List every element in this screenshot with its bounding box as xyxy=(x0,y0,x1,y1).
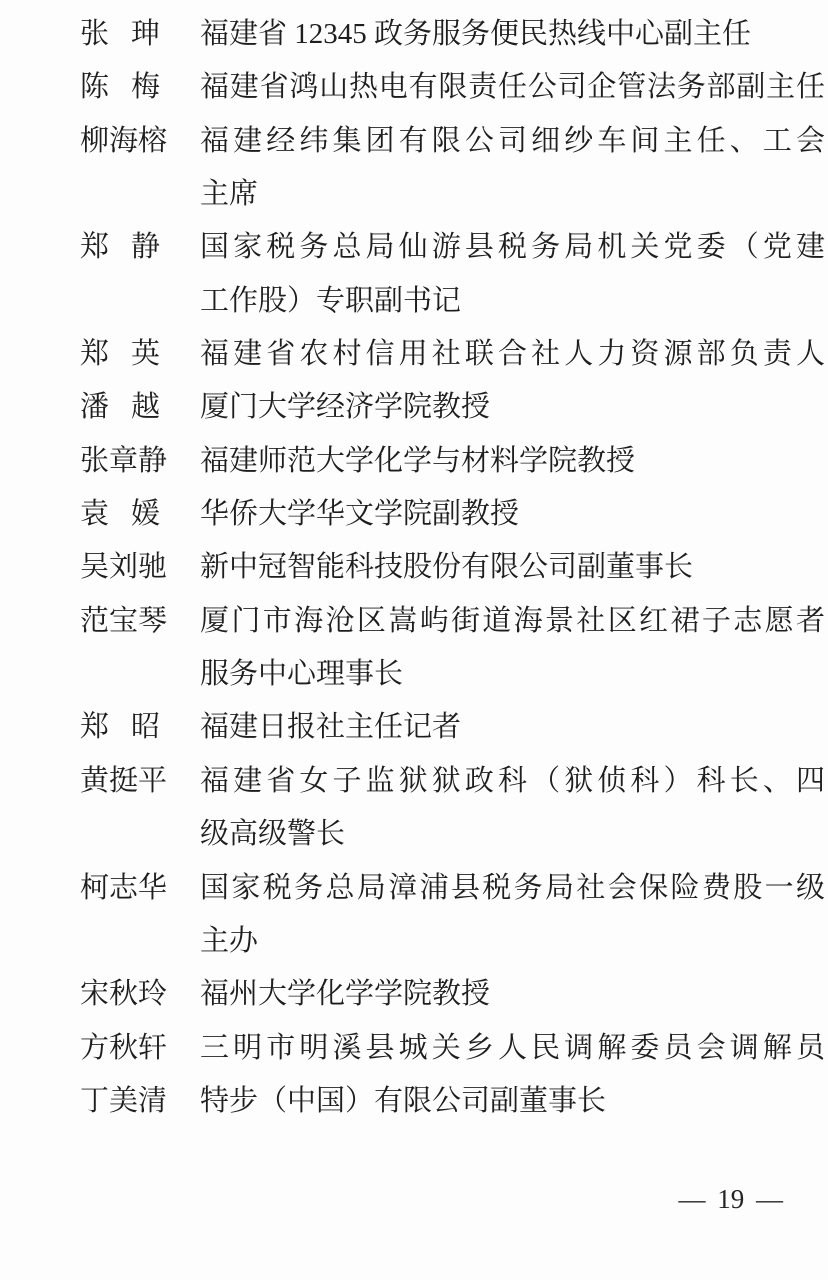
list-item: 郑静 国家税务总局仙游县税务局机关党委（党建工作股）专职副书记 xyxy=(80,221,825,328)
name-char: 陈 xyxy=(80,61,109,114)
entry-title: 国家税务总局仙游县税务局机关党委（党建工作股）专职副书记 xyxy=(200,221,825,328)
list-item: 陈梅 福建省鸿山热电有限责任公司企管法务部副主任 xyxy=(80,61,825,114)
entry-title-line: 厦门大学经济学院教授 xyxy=(200,381,825,434)
entry-name: 丁美清 xyxy=(80,1075,160,1128)
entry-title-line: 服务中心理事长 xyxy=(200,648,825,701)
name-char: 郑 xyxy=(80,701,109,754)
entry-title-line: 厦门市海沧区嵩屿街道海景社区红裙子志愿者 xyxy=(200,595,825,648)
name-char: 袁 xyxy=(80,488,109,541)
list-item: 柳海榕 福建经纬集团有限公司细纱车间主任、工会主席 xyxy=(80,115,825,222)
list-item: 黄挺平 福建省女子监狱狱政科（狱侦科）科长、四级高级警长 xyxy=(80,755,825,862)
entry-title-line: 福建省女子监狱狱政科（狱侦科）科长、四 xyxy=(200,755,825,808)
name-char: 宝 xyxy=(109,595,138,648)
entry-title-line: 三明市明溪县城关乡人民调解委员会调解员 xyxy=(200,1022,825,1075)
entry-title-line: 工作股）专职副书记 xyxy=(200,275,825,328)
entry-name: 柯志华 xyxy=(80,862,160,915)
name-char: 方 xyxy=(80,1022,109,1075)
name-char: 吴 xyxy=(80,541,109,594)
list-item: 柯志华 国家税务总局漳浦县税务局社会保险费股一级主办 xyxy=(80,862,825,969)
list-item: 张珅 福建省 12345 政务服务便民热线中心副主任 xyxy=(80,8,825,61)
entry-title: 福建省 12345 政务服务便民热线中心副主任 xyxy=(200,8,825,61)
name-char: 柳 xyxy=(80,115,109,168)
entry-name: 郑静 xyxy=(80,221,160,274)
list-item: 张章静 福建师范大学化学与材料学院教授 xyxy=(80,435,825,488)
name-char: 驰 xyxy=(138,541,167,594)
name-char: 琴 xyxy=(138,595,167,648)
entry-name: 郑昭 xyxy=(80,701,160,754)
name-char: 郑 xyxy=(80,221,109,274)
name-char: 潘 xyxy=(80,381,109,434)
entry-name: 宋秋玲 xyxy=(80,968,160,1021)
name-char: 丁 xyxy=(80,1075,109,1128)
entry-name: 陈梅 xyxy=(80,61,160,114)
entry-title-line: 新中冠智能科技股份有限公司副董事长 xyxy=(200,541,825,594)
name-char: 轩 xyxy=(138,1022,167,1075)
name-char: 柯 xyxy=(80,862,109,915)
entry-title: 国家税务总局漳浦县税务局社会保险费股一级主办 xyxy=(200,862,825,969)
name-char: 刘 xyxy=(109,541,138,594)
entry-title-line: 国家税务总局漳浦县税务局社会保险费股一级 xyxy=(200,862,825,915)
name-char: 榕 xyxy=(138,115,167,168)
list-item: 宋秋玲 福州大学化学学院教授 xyxy=(80,968,825,1021)
name-char: 挺 xyxy=(109,755,138,808)
entry-title-line: 特步（中国）有限公司副董事长 xyxy=(200,1075,825,1128)
list-item: 潘越 厦门大学经济学院教授 xyxy=(80,381,825,434)
entry-title: 三明市明溪县城关乡人民调解委员会调解员 xyxy=(200,1022,825,1075)
name-char: 海 xyxy=(109,115,138,168)
entry-title-line: 福建经纬集团有限公司细纱车间主任、工会 xyxy=(200,115,825,168)
page-number: — 19 — xyxy=(679,1186,784,1213)
entry-title: 福建省农村信用社联合社人力资源部负责人 xyxy=(200,328,825,381)
name-char: 越 xyxy=(131,381,160,434)
entry-name: 袁媛 xyxy=(80,488,160,541)
entry-title: 福建省女子监狱狱政科（狱侦科）科长、四级高级警长 xyxy=(200,755,825,862)
document-page: 张珅 福建省 12345 政务服务便民热线中心副主任 陈梅 福建省鸿山热电有限责… xyxy=(0,0,828,1280)
list-item: 郑昭 福建日报社主任记者 xyxy=(80,701,825,754)
entry-title: 福州大学化学学院教授 xyxy=(200,968,825,1021)
entry-title: 福建省鸿山热电有限责任公司企管法务部副主任 xyxy=(200,61,825,114)
entry-title-line: 主办 xyxy=(200,915,825,968)
name-char: 清 xyxy=(138,1075,167,1128)
entry-title: 厦门市海沧区嵩屿街道海景社区红裙子志愿者服务中心理事长 xyxy=(200,595,825,702)
entry-name: 吴刘驰 xyxy=(80,541,160,594)
entry-title: 新中冠智能科技股份有限公司副董事长 xyxy=(200,541,825,594)
list-item: 郑英 福建省农村信用社联合社人力资源部负责人 xyxy=(80,328,825,381)
entry-name: 张珅 xyxy=(80,8,160,61)
entry-title-line: 福建日报社主任记者 xyxy=(200,701,825,754)
entry-name: 郑英 xyxy=(80,328,160,381)
list-item: 丁美清 特步（中国）有限公司副董事长 xyxy=(80,1075,825,1128)
entry-name: 柳海榕 xyxy=(80,115,160,168)
list-item: 袁媛 华侨大学华文学院副教授 xyxy=(80,488,825,541)
name-char: 章 xyxy=(109,435,138,488)
entry-name: 张章静 xyxy=(80,435,160,488)
name-char: 范 xyxy=(80,595,109,648)
entry-title: 华侨大学华文学院副教授 xyxy=(200,488,825,541)
name-char: 美 xyxy=(109,1075,138,1128)
entry-title-line: 级高级警长 xyxy=(200,808,825,861)
name-char: 珅 xyxy=(131,8,160,61)
name-char: 郑 xyxy=(80,328,109,381)
award-list: 张珅 福建省 12345 政务服务便民热线中心副主任 陈梅 福建省鸿山热电有限责… xyxy=(80,8,825,1128)
entry-title-line: 国家税务总局仙游县税务局机关党委（党建 xyxy=(200,221,825,274)
entry-title-line: 福州大学化学学院教授 xyxy=(200,968,825,1021)
entry-name: 范宝琴 xyxy=(80,595,160,648)
entry-name: 方秋轩 xyxy=(80,1022,160,1075)
entry-title: 福建经纬集团有限公司细纱车间主任、工会主席 xyxy=(200,115,825,222)
list-item: 范宝琴 厦门市海沧区嵩屿街道海景社区红裙子志愿者服务中心理事长 xyxy=(80,595,825,702)
name-char: 黄 xyxy=(80,755,109,808)
entry-title: 厦门大学经济学院教授 xyxy=(200,381,825,434)
name-char: 张 xyxy=(80,8,109,61)
name-char: 静 xyxy=(138,435,167,488)
name-char: 昭 xyxy=(131,701,160,754)
list-item: 吴刘驰 新中冠智能科技股份有限公司副董事长 xyxy=(80,541,825,594)
entry-title-line: 福建省农村信用社联合社人力资源部负责人 xyxy=(200,328,825,381)
entry-name: 黄挺平 xyxy=(80,755,160,808)
entry-title-line: 福建师范大学化学与材料学院教授 xyxy=(200,435,825,488)
entry-title: 福建日报社主任记者 xyxy=(200,701,825,754)
entry-title-line: 华侨大学华文学院副教授 xyxy=(200,488,825,541)
name-char: 玲 xyxy=(138,968,167,1021)
name-char: 秋 xyxy=(109,1022,138,1075)
name-char: 媛 xyxy=(131,488,160,541)
entry-title-line: 福建省 12345 政务服务便民热线中心副主任 xyxy=(200,8,825,61)
name-char: 平 xyxy=(138,755,167,808)
name-char: 梅 xyxy=(131,61,160,114)
name-char: 宋 xyxy=(80,968,109,1021)
entry-name: 潘越 xyxy=(80,381,160,434)
entry-title-line: 主席 xyxy=(200,168,825,221)
name-char: 张 xyxy=(80,435,109,488)
name-char: 秋 xyxy=(109,968,138,1021)
name-char: 志 xyxy=(109,862,138,915)
entry-title: 福建师范大学化学与材料学院教授 xyxy=(200,435,825,488)
name-char: 英 xyxy=(131,328,160,381)
list-item: 方秋轩 三明市明溪县城关乡人民调解委员会调解员 xyxy=(80,1022,825,1075)
name-char: 华 xyxy=(138,862,167,915)
entry-title: 特步（中国）有限公司副董事长 xyxy=(200,1075,825,1128)
entry-title-line: 福建省鸿山热电有限责任公司企管法务部副主任 xyxy=(200,61,825,114)
name-char: 静 xyxy=(131,221,160,274)
